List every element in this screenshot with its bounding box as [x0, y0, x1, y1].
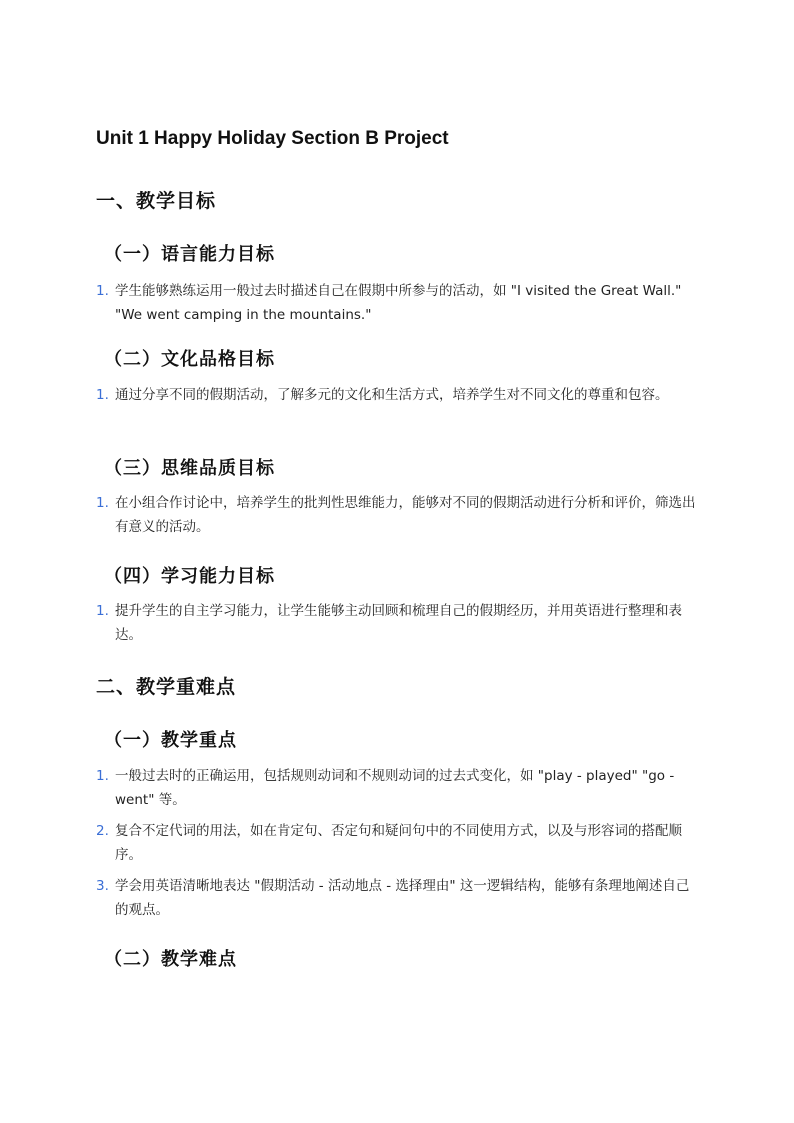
list-item: 1. 通过分享不同的假期活动，了解多元的文化和生活方式，培养学生对不同文化的尊重…	[96, 383, 696, 407]
subsection-heading-difficult-points: （二）教学难点	[104, 945, 237, 971]
list-text: 学生能够熟练运用一般过去时描述自己在假期中所参与的活动，如 "I visited…	[96, 279, 696, 327]
list-number: 1.	[96, 279, 109, 303]
list-item: 1. 在小组合作讨论中，培养学生的批判性思维能力，能够对不同的假期活动进行分析和…	[96, 491, 696, 539]
list-number: 1.	[96, 491, 109, 515]
list-item: 2. 复合不定代词的用法，如在肯定句、否定句和疑问句中的不同使用方式，以及与形容…	[96, 819, 696, 867]
subsection-heading-language-ability: （一）语言能力目标	[104, 240, 275, 266]
list-item: 1. 提升学生的自主学习能力，让学生能够主动回顾和梳理自己的假期经历，并用英语进…	[96, 599, 696, 647]
subsection-heading-key-points: （一）教学重点	[104, 726, 237, 752]
list-number: 1.	[96, 599, 109, 623]
list-number: 1.	[96, 383, 109, 407]
list-item: 3. 学会用英语清晰地表达 "假期活动 - 活动地点 - 选择理由" 这一逻辑结…	[96, 874, 696, 922]
section-heading-key-difficult-points: 二、教学重难点	[96, 672, 236, 699]
section-heading-teaching-goals: 一、教学目标	[96, 186, 216, 213]
subsection-heading-thinking-quality: （三）思维品质目标	[104, 454, 275, 480]
list-text: 提升学生的自主学习能力，让学生能够主动回顾和梳理自己的假期经历，并用英语进行整理…	[96, 599, 696, 647]
list-item: 1. 一般过去时的正确运用，包括规则动词和不规则动词的过去式变化，如 "play…	[96, 764, 696, 812]
list-text: 通过分享不同的假期活动，了解多元的文化和生活方式，培养学生对不同文化的尊重和包容…	[96, 383, 696, 407]
subsection-heading-cultural-character: （二）文化品格目标	[104, 345, 275, 371]
list-number: 1.	[96, 764, 109, 788]
list-text: 学会用英语清晰地表达 "假期活动 - 活动地点 - 选择理由" 这一逻辑结构，能…	[96, 874, 696, 922]
subsection-heading-learning-ability: （四）学习能力目标	[104, 562, 275, 588]
list-number: 2.	[96, 819, 109, 843]
list-item: 1. 学生能够熟练运用一般过去时描述自己在假期中所参与的活动，如 "I visi…	[96, 279, 696, 327]
list-text: 在小组合作讨论中，培养学生的批判性思维能力，能够对不同的假期活动进行分析和评价，…	[96, 491, 696, 539]
list-number: 3.	[96, 874, 109, 898]
list-text: 复合不定代词的用法，如在肯定句、否定句和疑问句中的不同使用方式，以及与形容词的搭…	[96, 819, 696, 867]
document-title: Unit 1 Happy Holiday Section B Project	[96, 128, 449, 150]
list-text: 一般过去时的正确运用，包括规则动词和不规则动词的过去式变化，如 "play - …	[96, 764, 696, 812]
